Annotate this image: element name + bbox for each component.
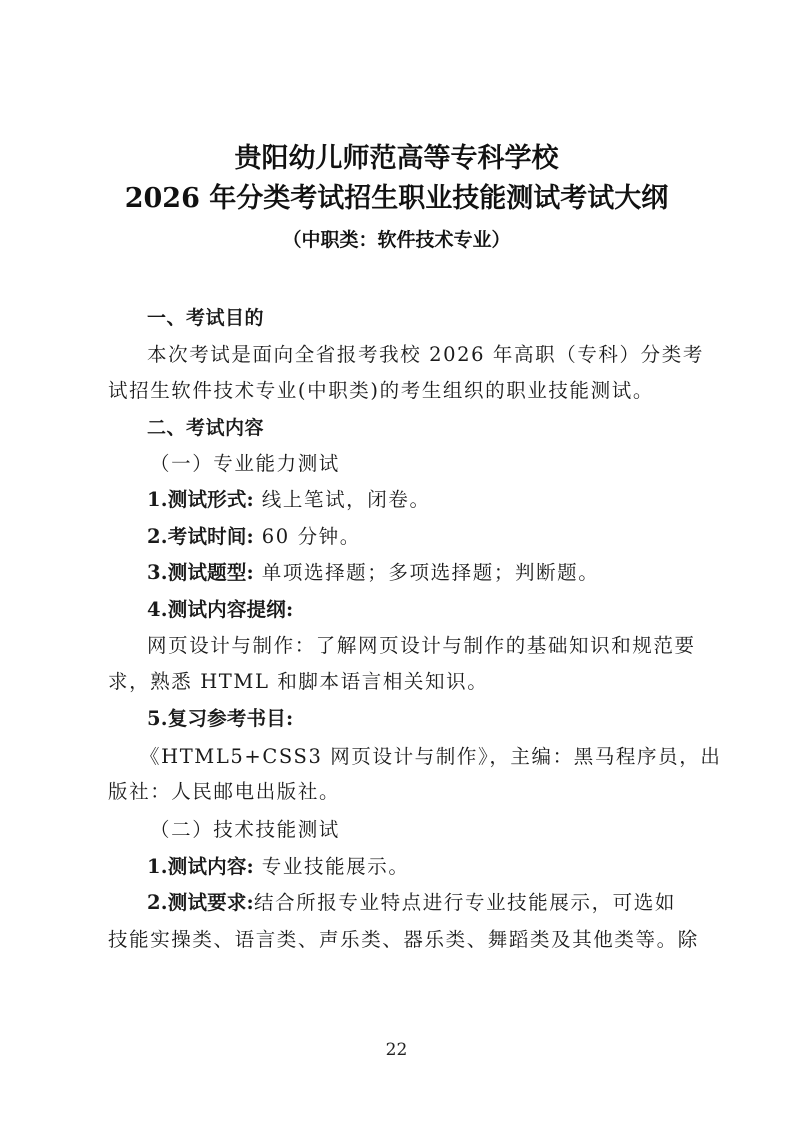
item-label: 2.考试时间: <box>147 525 254 548</box>
outline-line1: 网页设计与制作：了解网页设计与制作的基础知识和规范要 <box>147 632 698 660</box>
section-heading-content: 二、考试内容 <box>147 414 698 442</box>
subsection-heading-skill: （二）技术技能测试 <box>150 816 740 844</box>
book-line2: 版社：人民邮电出版社。 <box>108 778 698 806</box>
item-content-outline: 4.测试内容提纲: <box>147 596 698 624</box>
paragraph-purpose-line1: 本次考试是面向全省报考我校 2026 年高职（专科）分类考 <box>147 341 698 369</box>
item-label: 1.测试形式: <box>147 488 254 511</box>
item-skill-requirement: 2.测试要求:结合所报专业特点进行专业技能展示，可选如 <box>147 889 698 917</box>
title-school-name: 贵阳幼儿师范高等专科学校 <box>0 142 793 176</box>
subsection-heading-ability: （一）专业能力测试 <box>150 450 740 478</box>
item-text: 专业技能展示。 <box>254 855 410 878</box>
outline-line2: 求，熟悉 HTML 和脚本语言相关知识。 <box>108 668 698 696</box>
item-text: 60 分钟。 <box>254 525 361 548</box>
item-label: 2.测试要求: <box>147 891 254 914</box>
paragraph-purpose-line2: 试招生软件技术专业(中职类)的考生组织的职业技能测试。 <box>108 377 698 405</box>
item-test-format: 1.测试形式: 线上笔试，闭卷。 <box>147 486 698 514</box>
item-label: 1.测试内容: <box>147 855 254 878</box>
item-label: 5.复习参考书目: <box>147 707 293 730</box>
item-question-types: 3.测试题型: 单项选择题；多项选择题；判断题。 <box>147 559 698 587</box>
requirement-line2: 技能实操类、语言类、声乐类、器乐类、舞蹈类及其他类等。除 <box>108 926 698 954</box>
item-text: 线上笔试，闭卷。 <box>254 488 431 511</box>
subtitle-major: （中职类：软件技术专业） <box>0 227 793 253</box>
item-text: 单项选择题；多项选择题；判断题。 <box>254 561 599 584</box>
book-line1: 《HTML5+CSS3 网页设计与制作》，主编：黑马程序员，出 <box>140 743 730 771</box>
title-exam-outline: 2026 年分类考试招生职业技能测试考试大纲 <box>0 182 793 216</box>
page-number: 22 <box>0 1040 793 1060</box>
item-label: 3.测试题型: <box>147 561 254 584</box>
item-reference-books: 5.复习参考书目: <box>147 705 698 733</box>
item-exam-time: 2.考试时间: 60 分钟。 <box>147 523 698 551</box>
section-heading-purpose: 一、考试目的 <box>147 304 698 332</box>
item-skill-content: 1.测试内容: 专业技能展示。 <box>147 853 698 881</box>
item-text: 结合所报专业特点进行专业技能展示，可选如 <box>254 891 676 914</box>
item-label: 4.测试内容提纲: <box>147 598 293 621</box>
